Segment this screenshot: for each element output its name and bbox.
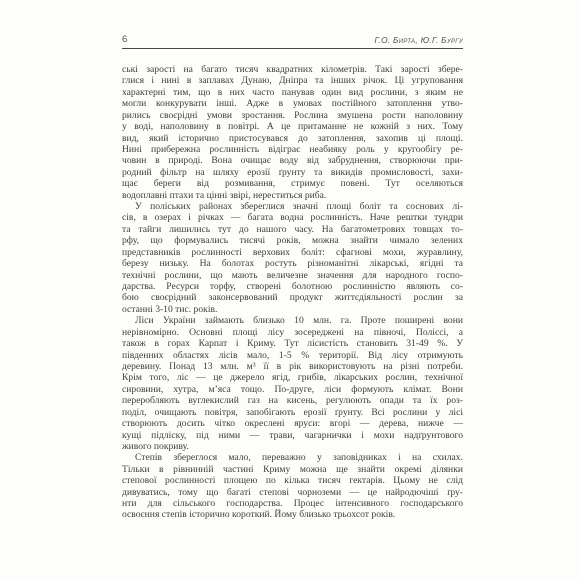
text-line: представників рослинності верхових боліт…	[122, 247, 463, 258]
text-line: щає береги від розмивання, стримує повен…	[122, 178, 463, 189]
page-number: 6	[122, 34, 127, 45]
text-line: Ліси України займають близько 10 млн. га…	[122, 315, 463, 326]
text-line: ські зарості на багато тисяч квадратних …	[122, 64, 463, 75]
text-line: у воді, наполовину в повітрі. А це прита…	[122, 121, 463, 132]
text-line: Степів збереглося мало, переважно у запо…	[122, 452, 463, 463]
text-line: дарства. Ресурси торфу, створені болотно…	[122, 281, 463, 292]
text-line: деревину. Понад 13 млн. м³ її в рік вико…	[122, 361, 463, 372]
paragraph: Ліси України займають близько 10 млн. га…	[122, 315, 463, 452]
text-line: живого покриву.	[122, 441, 463, 452]
text-line: У поліських районах збереглися значні пл…	[122, 201, 463, 212]
text-line: степової рослинності площею по кілька ти…	[122, 475, 463, 486]
text-line: рфу, що формувались тисячі років, можна …	[122, 235, 463, 246]
text-line: характерні тим, що в них часто панував о…	[122, 87, 463, 98]
text-line: технічні рослини, що мають величезне зна…	[122, 270, 463, 281]
book-page: 6 Г.О. Бирта, Ю.Г. Бургу ські зарості на…	[0, 0, 580, 580]
text-line: водоплавні птахи та цінні звірі, нерести…	[122, 190, 463, 201]
text-line: глися і нині в заплавах Дунаю, Дніпра та…	[122, 75, 463, 86]
header-rule	[122, 48, 463, 49]
text-line: нерівномірно. Основні площі лісу зосеред…	[122, 327, 463, 338]
page-body: ські зарості на багато тисяч квадратних …	[122, 64, 463, 521]
text-line: останні 3-10 тис. років.	[122, 304, 463, 315]
text-line: березу низьку. На болотах ростуть різном…	[122, 258, 463, 269]
text-block: 6 Г.О. Бирта, Ю.Г. Бургу ські зарості на…	[122, 34, 463, 521]
text-line: кущі підліску, під ними — трави, чагарни…	[122, 430, 463, 441]
text-line: рились своєрідні умови зростання. Рослин…	[122, 110, 463, 121]
text-line: переробляють вуглекислий газ на кисень, …	[122, 395, 463, 406]
text-line: та тайги лишились тут до нашого часу. На…	[122, 224, 463, 235]
text-line: Крім того, ліс — це джерело ягід, грибів…	[122, 372, 463, 383]
text-line: дивуватись, тому що багаті степові чорно…	[122, 487, 463, 498]
text-line: родний фільтр на шляху ерозії ґрунту та …	[122, 167, 463, 178]
text-line: також в горах Карпат і Криму. Тут лісист…	[122, 338, 463, 349]
text-line: бою своєрідний законсервований продукт ж…	[122, 292, 463, 303]
text-line: вид, який історично пристосувався до зат…	[122, 133, 463, 144]
paragraph: ські зарості на багато тисяч квадратних …	[122, 64, 463, 201]
text-line: сировини, хутра, м’яса тощо. По-друге, л…	[122, 384, 463, 395]
text-line: Тільки в рівнинній частині Криму можна щ…	[122, 464, 463, 475]
text-line: поділ, очищають повітря, запобігають еро…	[122, 407, 463, 418]
text-line: могли конкурувати інші. Адже в умовах по…	[122, 98, 463, 109]
running-head-authors: Г.О. Бирта, Ю.Г. Бургу	[374, 35, 463, 45]
text-line: сів, в озерах і річках — багата водна ро…	[122, 212, 463, 223]
text-line: нти для сільського господарства. Процес …	[122, 498, 463, 509]
paragraph: У поліських районах збереглися значні пл…	[122, 201, 463, 315]
paragraph: Степів збереглося мало, переважно у запо…	[122, 452, 463, 521]
text-line: створюють досить чітко окреслені яруси: …	[122, 418, 463, 429]
text-line: південних областях лісів мало, 1-5 % тер…	[122, 350, 463, 361]
text-line: човин в природі. Вона очищає воду від за…	[122, 155, 463, 166]
text-line: Нині прибережна рослинність відіграє неа…	[122, 144, 463, 155]
page-header: 6 Г.О. Бирта, Ю.Г. Бургу	[122, 34, 463, 48]
text-line: освоєння степів історично короткий. Йому…	[122, 509, 463, 520]
